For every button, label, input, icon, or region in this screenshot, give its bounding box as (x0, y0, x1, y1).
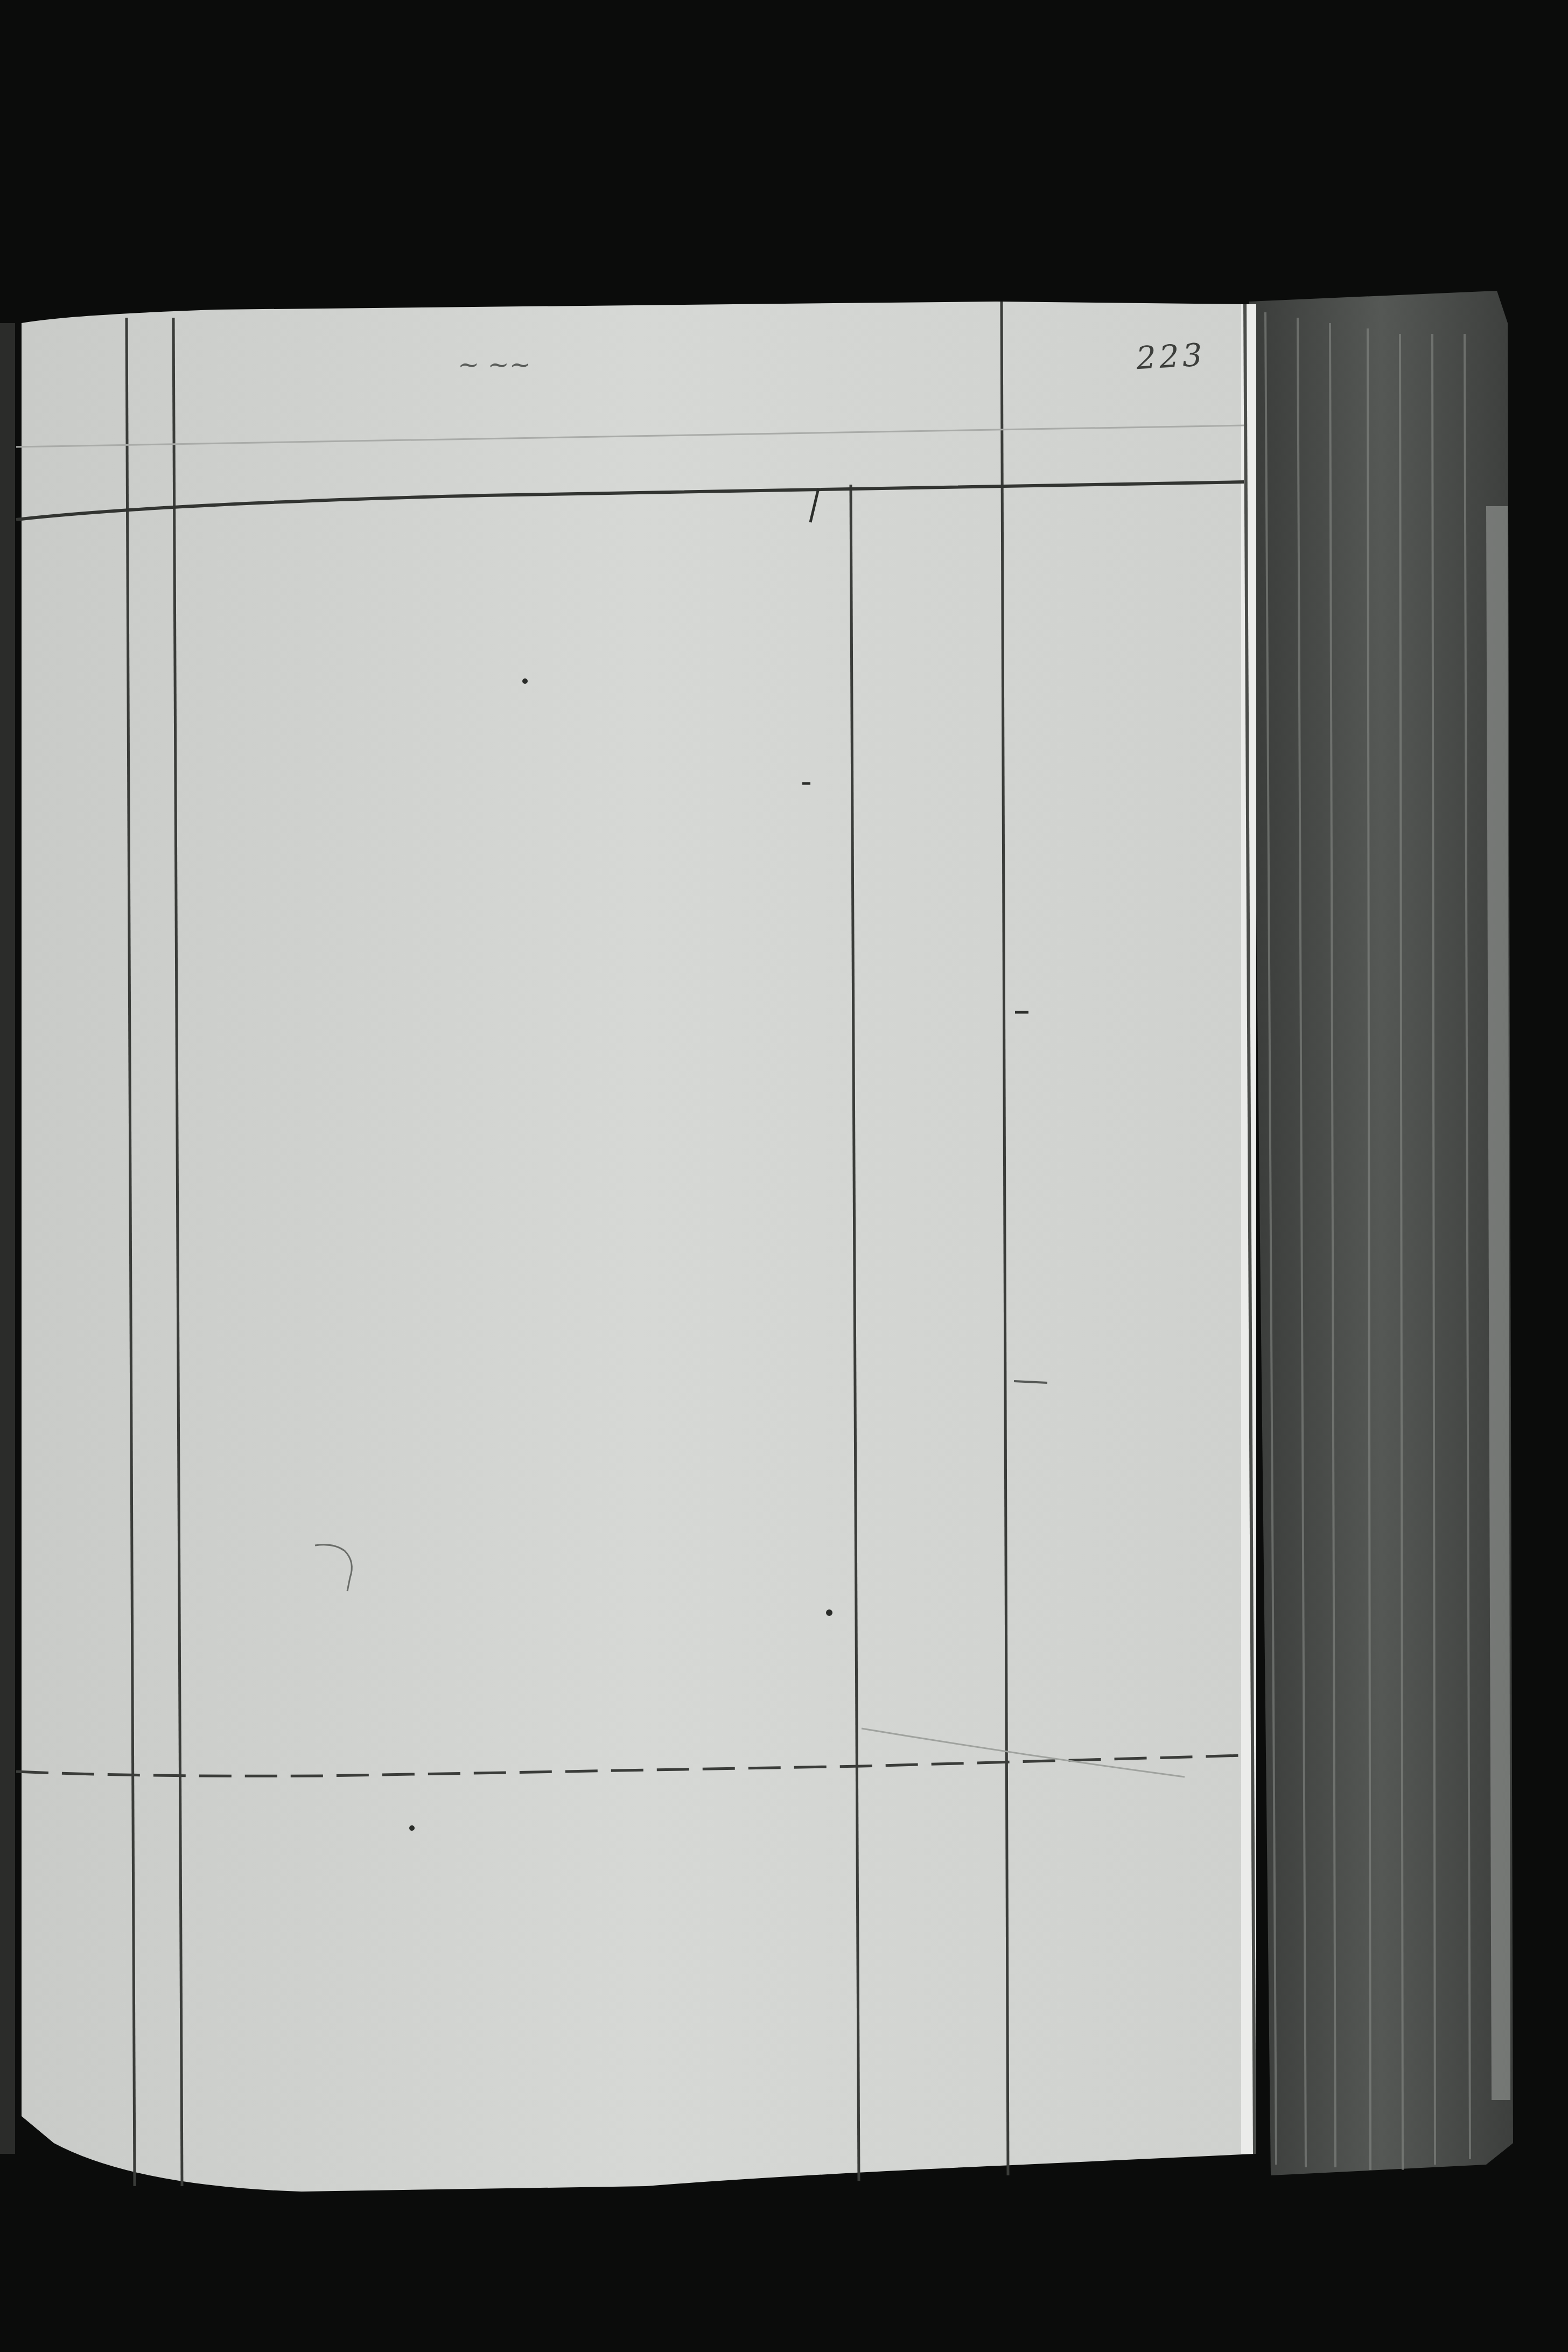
header-scribble: ~ ~~ (458, 350, 531, 380)
page-number: 223 (1135, 337, 1206, 377)
paper-sheet (22, 302, 1255, 2192)
ledger-page-graphic (0, 0, 1568, 2352)
book-fore-edge (1249, 291, 1513, 2175)
ledger-photo: ~ ~~ 223 (0, 0, 1568, 2352)
